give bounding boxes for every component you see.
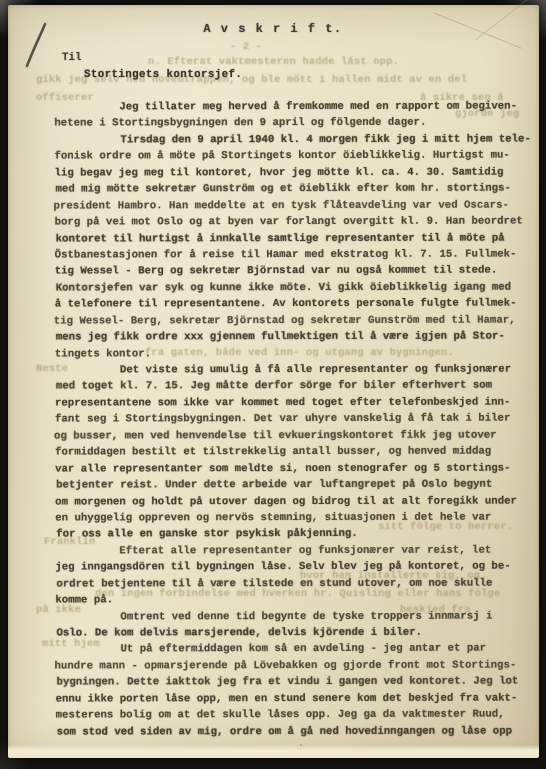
body-line: for oss alle en ganske stor psykisk påkj…	[56, 526, 541, 543]
body-line: ordret betjentene til å være tilstede en…	[56, 575, 541, 592]
body-line: representantene som ikke var kommet med …	[55, 394, 541, 411]
body-line: bygningen. Dette iakttok jeg fra et vind…	[57, 674, 542, 691]
body-line: komme på.	[55, 592, 541, 609]
body-line: fant seg i Stortingsbygningen. Det var u…	[55, 411, 541, 428]
body-line: en uhyggelig oppreven og nervös stemning…	[55, 509, 541, 526]
body-line: jeg inngangsdören til bygningen låse. Se…	[55, 559, 541, 576]
body-line: borg på vei mot Oslo og at byen var forl…	[55, 214, 541, 231]
recipient-name: Stortingets kontorsjef.	[84, 69, 242, 81]
body-line: president Hambro. Han meddelte at en tys…	[54, 197, 541, 214]
ghost-bleedthrough-line: - 2 -	[230, 41, 262, 53]
document-body: Jeg tillater meg herved å fremkomme med …	[54, 98, 541, 740]
body-line: Kontorsjefen var syk og kunne ikke möte.…	[56, 279, 541, 296]
body-line: Oslo. De kom delvis marsjerende, delvis …	[56, 624, 541, 641]
body-line: Ut på eftermiddagen kom så en avdeling -…	[55, 641, 541, 658]
body-line: Det viste sig umulig å få alle represent…	[55, 361, 541, 378]
body-line: og busser, men ved henvendelse til evkue…	[54, 427, 541, 444]
body-line: hundre mann - opmarsjerende på Lövebakke…	[54, 657, 541, 674]
body-line: tig Wessel - Berg og sekretær Björnstad …	[55, 263, 541, 280]
body-line: kontoret til hurtigst å innkalle samtlig…	[56, 230, 541, 247]
document-title: A v s k r i f t.	[0, 22, 546, 36]
body-line: som stod ved siden av mig, ordre om å gå…	[57, 723, 542, 740]
body-line: Efterat alle representanter og funksjonæ…	[54, 542, 541, 559]
body-line: tig Wessel- Berg, sekretær Björnstad og …	[54, 312, 541, 329]
body-line: Östbanestasjonen for å reise til Hamar m…	[55, 246, 541, 263]
body-line: med toget kl. 7. 15. Jeg måtte derfor sö…	[56, 378, 541, 395]
body-line: fonisk ordre om å möte på Stortingets ko…	[54, 148, 540, 165]
body-line: ennu ikke porten låse opp, men en stund …	[56, 690, 542, 707]
body-line: å telefonere til representantene. Av kon…	[55, 296, 541, 313]
body-line: om morgenen og holdt på utover dagen og …	[55, 493, 541, 510]
body-line: formiddagen bestilt et tilstrekkelig ant…	[55, 444, 541, 461]
body-line: Tirsdag den 9 april 1940 kl. 4 morgen fi…	[55, 131, 540, 148]
body-line: betjenter reist. Under dette arbeide var…	[56, 477, 541, 494]
body-line: hetene i Stortingsbygningen den 9 april …	[54, 115, 540, 132]
body-line: med mig mötte sekretær Gunström og et öi…	[56, 181, 541, 198]
body-line: mesterens bolig om at det skulle låses o…	[56, 707, 542, 724]
body-line: Jeg tillater meg herved å fremkomme med …	[54, 98, 540, 115]
body-line: tingets kontor.	[55, 345, 541, 362]
scanned-document-photo: - 2 -n. Efterat vaktmesteren hadde låst …	[0, 0, 546, 769]
body-line: Omtrent ved denne tid begynte de tyske t…	[55, 608, 541, 625]
body-line: mens jeg fikk ordre xxx gjennem fullmekt…	[56, 329, 541, 346]
body-line: lig begav jeg meg til kontoret, hvor jeg…	[54, 164, 540, 181]
salutation: Til	[62, 52, 81, 64]
body-line: var alle representanter som meldte si, n…	[55, 460, 541, 477]
ghost-bleedthrough-line: n. Efterat vaktmesteren hadde låst opp.	[148, 56, 399, 68]
